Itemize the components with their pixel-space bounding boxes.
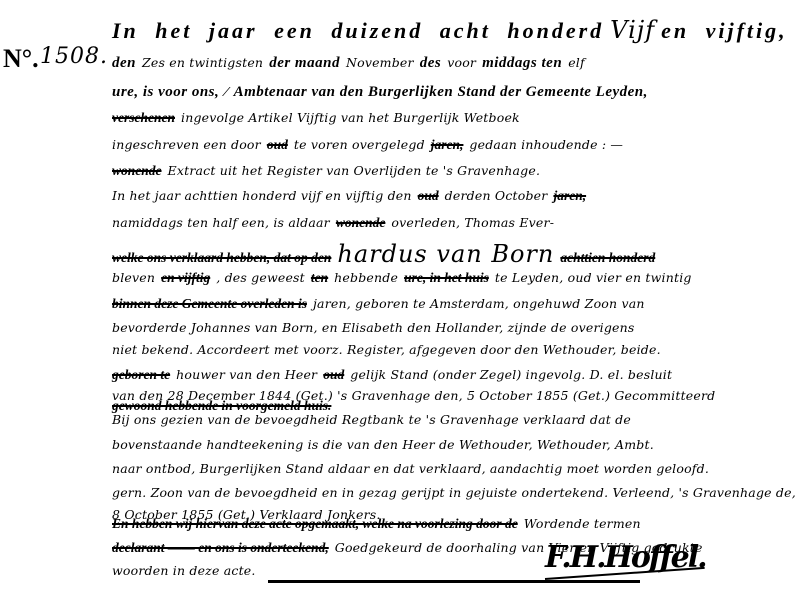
handwritten-text: overleden, Thomas Ever- (391, 215, 554, 230)
handwritten-text: ⁄ (225, 84, 227, 99)
handwritten-text: hebbende (334, 270, 398, 285)
text-line: blevenen vijftig, des geweesttenhebbende… (112, 270, 698, 286)
struck-printed-text: verschenen (112, 110, 175, 125)
handwritten-text: Vijf (610, 16, 655, 44)
struck-printed-text: welke ons verklaard hebben, dat op den (112, 250, 331, 265)
text-line: woorden in deze acte. (112, 563, 262, 579)
text-line: geboren tehouwer van den Heeroudgelijk S… (112, 367, 678, 383)
printed-text: des (420, 55, 442, 71)
handwritten-text: gedaan inhoudende : — (469, 137, 623, 152)
handwritten-text: niet bekend. Accordeert met voorz. Regis… (112, 342, 661, 357)
handwritten-text: gern. Zoon van de bevoegdheid en in geza… (112, 485, 796, 500)
handwritten-text: woorden in deze acte. (112, 563, 256, 578)
text-line: namiddags ten half een, is aldaarwonende… (112, 215, 560, 231)
text-line: En hebben wij hiervan deze acte opgemaak… (112, 516, 647, 532)
handwritten-text: Bij ons gezien van de bevoegdheid Regtba… (112, 412, 631, 427)
handwritten-text: bevorderde Johannes van Born, en Elisabe… (112, 320, 635, 335)
struck-printed-text: oud (323, 367, 344, 382)
struck-printed-text: ure, in het huis (404, 270, 489, 285)
text-line: bevorderde Johannes van Born, en Elisabe… (112, 320, 641, 336)
printed-text: en vijftig, (661, 18, 788, 43)
document-page: N°. 1508. In het jaar een duizend acht h… (0, 0, 800, 600)
text-line: ure, is voor ons,⁄Ambtenaar van den Burg… (112, 84, 654, 100)
printed-text: ure, is voor ons, (112, 84, 219, 100)
struck-printed-text: geboren te (112, 367, 170, 382)
text-line: gern. Zoon van de bevoegdheid en in geza… (112, 485, 800, 501)
handwritten-text: voor (447, 55, 476, 70)
struck-printed-text: En hebben wij hiervan deze acte opgemaak… (112, 516, 518, 531)
printed-text: den (112, 55, 136, 71)
printed-text: der maand (269, 55, 340, 71)
text-line: binnen deze Gemeente overleden isjaren, … (112, 296, 651, 312)
closing-rule (268, 580, 640, 583)
text-line: Bij ons gezien van de bevoegdheid Regtba… (112, 412, 637, 428)
handwritten-text: bleven (112, 270, 155, 285)
struck-printed-text: achttien honderd (560, 250, 655, 265)
text-line: verscheneningevolge Artikel Vijftig van … (112, 110, 526, 126)
text-line: In het jaar achttien honderd vijf en vij… (112, 188, 592, 204)
struck-printed-text: wonende (112, 163, 162, 178)
handwritten-text: Wordende termen (524, 516, 641, 531)
handwritten-text: elf (568, 55, 585, 70)
printed-text: In het jaar een duizend acht honderd (112, 18, 604, 43)
text-line: bovenstaande handteekening is die van de… (112, 437, 660, 453)
handwritten-text: derden October (445, 188, 548, 203)
text-line: ingeschreven een dooroudte voren overgel… (112, 137, 629, 153)
text-line: In het jaar een duizend acht honderdVijf… (112, 18, 794, 42)
text-line: denZes en twintigstender maandNovemberde… (112, 55, 591, 71)
handwritten-text: Extract uit het Register van Overlijden … (168, 163, 541, 178)
struck-printed-text: en vijftig (161, 270, 210, 285)
handwritten-text: gelijk Stand (onder Zegel) ingevolg. D. … (350, 367, 672, 382)
handwritten-text: bovenstaande handteekening is die van de… (112, 437, 654, 452)
struck-printed-text: jaren, (431, 137, 464, 152)
handwritten-text: namiddags ten half een, is aldaar (112, 215, 330, 230)
handwritten-text: In het jaar achttien honderd vijf en vij… (112, 188, 412, 203)
text-line: wonendeExtract uit het Register van Over… (112, 163, 546, 179)
struck-printed-text: binnen deze Gemeente overleden is (112, 296, 307, 311)
struck-printed-text: declarant —— en ons is onderteekend, (112, 540, 329, 555)
handwritten-text: te voren overgelegd (294, 137, 425, 152)
text-line: naar ontbod, Burgerlijken Stand aldaar e… (112, 461, 715, 477)
handwritten-text: houwer van den Heer (176, 367, 317, 382)
struck-printed-text: wonende (336, 215, 386, 230)
printed-text: middags ten (482, 55, 562, 71)
text-line: welke ons verklaard hebben, dat op denha… (112, 242, 661, 266)
record-number-label: N°. (3, 44, 39, 74)
printed-text: Ambtenaar van den Burgerlijken Stand der… (234, 84, 648, 100)
record-number-value: 1508. (40, 44, 108, 69)
struck-printed-text: gewoond hebbende in voorgemeld huis. (112, 398, 331, 413)
handwritten-text: ingevolge Artikel Vijftig van het Burger… (181, 110, 520, 125)
struck-printed-text: ten (311, 270, 328, 285)
text-line: niet bekend. Accordeert met voorz. Regis… (112, 342, 667, 358)
handwritten-text: ingeschreven een door (112, 137, 261, 152)
handwritten-text: jaren, geboren te Amsterdam, ongehuwd Zo… (313, 296, 645, 311)
handwritten-text: te Leyden, oud vier en twintig (495, 270, 692, 285)
struck-printed-text: oud (418, 188, 439, 203)
handwritten-text: hardus van Born (337, 240, 554, 268)
handwritten-text: naar ontbod, Burgerlijken Stand aldaar e… (112, 461, 709, 476)
struck-printed-text: oud (267, 137, 288, 152)
handwritten-text: , des geweest (216, 270, 305, 285)
struck-printed-text: jaren, (553, 188, 586, 203)
handwritten-text: Zes en twintigsten (142, 55, 263, 70)
handwritten-text: November (346, 55, 414, 70)
